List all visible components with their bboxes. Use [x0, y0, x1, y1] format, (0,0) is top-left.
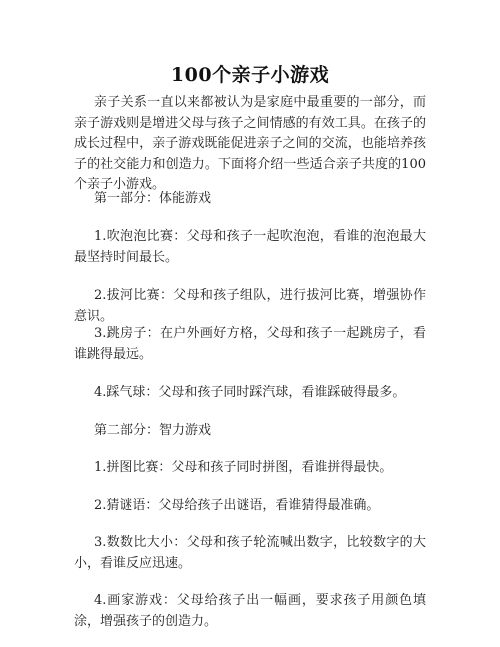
list-item: 1.拼图比赛：父母和孩子同时拼图，看谁拼得最快。 [74, 458, 426, 479]
list-item: 4.踩气球：父母和孩子同时踩汽球，看谁踩破得最多。 [74, 383, 426, 404]
intro-paragraph: 亲子关系一直以来都被认为是家庭中最重要的一部分，而亲子游戏则是增进父母与孩子之间… [74, 93, 426, 196]
list-item: 2.猜谜语：父母给孩子出谜语，看谁猜得最准确。 [74, 496, 426, 517]
list-item: 2.拔河比赛：父母和孩子组队，进行拔河比赛，增强协作意识。 [74, 286, 426, 327]
list-item: 3.跳房子：在户外画好方格，父母和孩子一起跳房子，看谁跳得最远。 [74, 324, 426, 365]
list-item: 1.吹泡泡比赛：父母和孩子一起吹泡泡，看谁的泡泡最大最坚持时间最长。 [74, 227, 426, 268]
list-item: 4.画家游戏：父母给孩子出一幅画，要求孩子用颜色填涂，增强孩子的创造力。 [74, 591, 426, 632]
section-heading-intellectual: 第二部分：智力游戏 [74, 421, 426, 442]
document-title: 100个亲子小游戏 [0, 60, 500, 87]
section-heading-physical: 第一部分：体能游戏 [74, 189, 426, 210]
list-item: 3.数数比大小：父母和孩子轮流喊出数字，比较数字的大小，看谁反应迅速。 [74, 533, 426, 574]
